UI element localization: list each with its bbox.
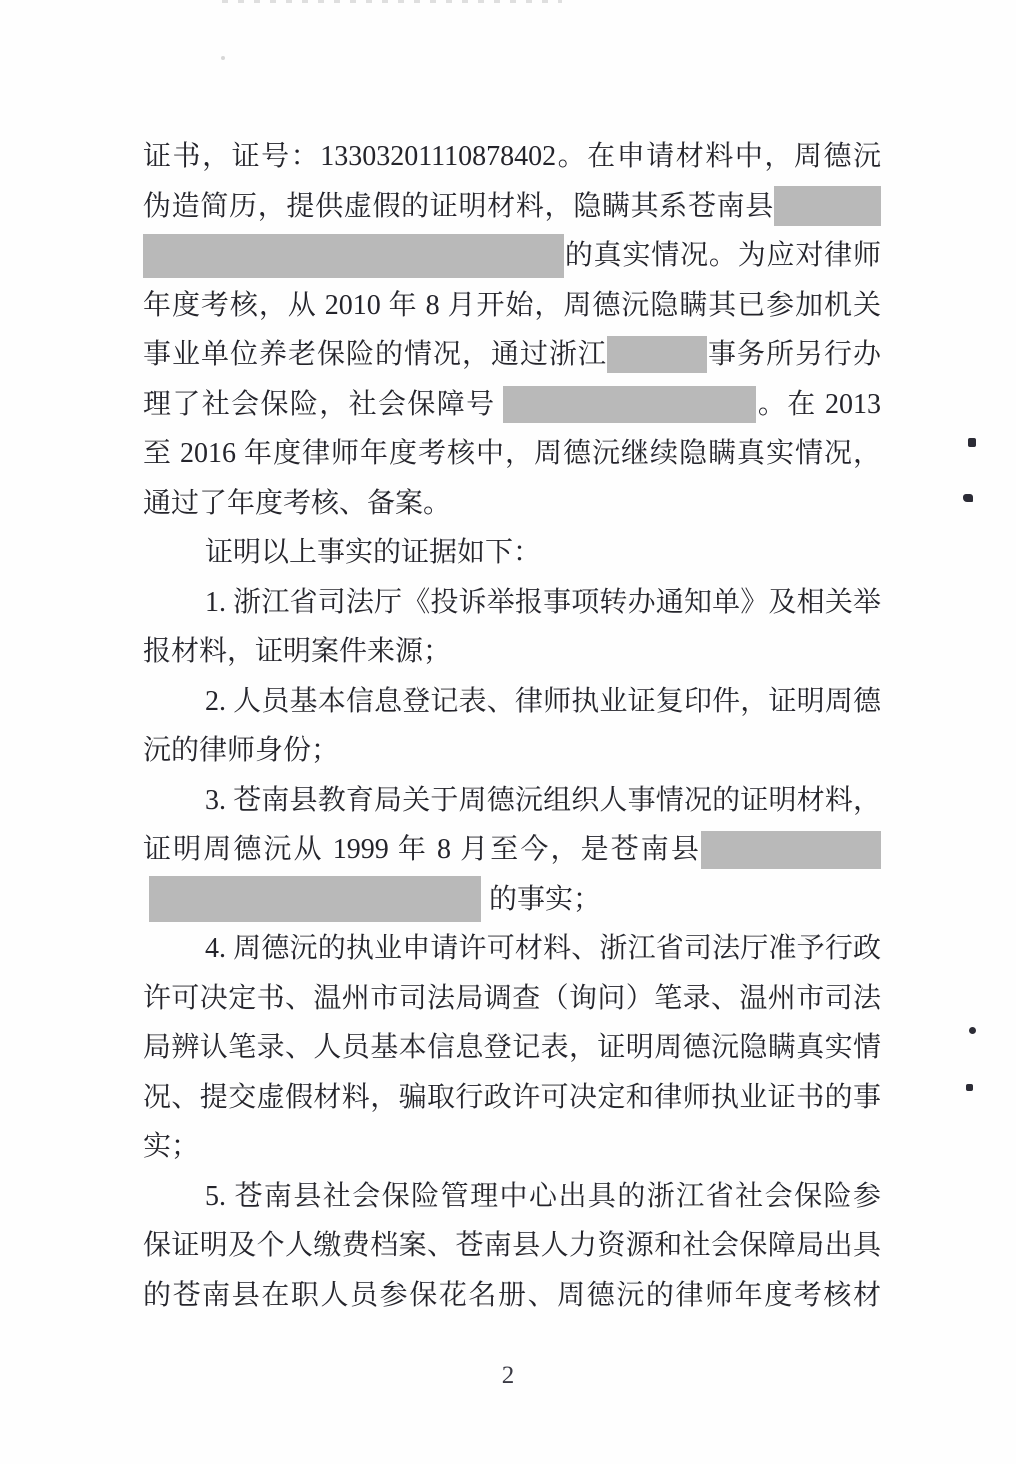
text-line: 沅的律师身份； <box>143 726 881 776</box>
line-text: 事务所另行办 <box>707 339 881 370</box>
text-line: 的苍南县在职人员参保花名册、周德沅的律师年度考核材 <box>143 1271 881 1321</box>
line-text: 证书，证号：13303201110878402。在申请材料中，周德沅 <box>143 141 881 172</box>
line-text: 局辨认笔录、人员基本信息登记表，证明周德沅隐瞒真实情 <box>143 1032 881 1063</box>
text-line: 理了社会保险，社会保障号。在 2013 <box>143 380 881 430</box>
text-line: 至 2016 年度律师年度考核中，周德沅继续隐瞒真实情况， <box>143 429 881 479</box>
line-text: 3. 苍南县教育局关于周德沅组织人事情况的证明材料， <box>205 785 881 816</box>
text-line: 年度考核，从 2010 年 8 月开始，周德沅隐瞒其已参加机关 <box>143 281 881 331</box>
line-text: 年度考核，从 2010 年 8 月开始，周德沅隐瞒其已参加机关 <box>143 290 881 321</box>
line-text: 许可决定书、温州市司法局调查（询问）笔录、温州市司法 <box>143 983 881 1014</box>
scan-artifact <box>222 0 562 3</box>
text-line: 4. 周德沅的执业申请许可材料、浙江省司法厅准予行政 <box>143 924 881 974</box>
line-text: 4. 周德沅的执业申请许可材料、浙江省司法厅准予行政 <box>205 933 881 964</box>
text-line: 5. 苍南县社会保险管理中心出具的浙江省社会保险参 <box>143 1172 881 1222</box>
redaction-box <box>774 186 881 226</box>
line-text: 伪造简历，提供虚假的证明材料，隐瞒其系苍南县 <box>143 191 774 222</box>
text-line: 3. 苍南县教育局关于周德沅组织人事情况的证明材料， <box>143 776 881 826</box>
line-text: 通过了年度考核、备案。 <box>143 488 451 519</box>
scan-artifact <box>221 56 225 60</box>
text-line: 证明以上事实的证据如下： <box>143 528 881 578</box>
line-text: 保证明及个人缴费档案、苍南县人力资源和社会保障局出具 <box>143 1230 881 1261</box>
line-text: 况、提交虚假材料，骗取行政许可决定和律师执业证书的事 <box>143 1082 881 1113</box>
scanned-document-page: 证书，证号：13303201110878402。在申请材料中，周德沅 伪造简历，… <box>0 0 1016 1464</box>
text-line: 的真实情况。为应对律师 <box>143 231 881 281</box>
text-line: 事业单位养老保险的情况，通过浙江事务所另行办 <box>143 330 881 380</box>
text-line: 通过了年度考核、备案。 <box>143 479 881 529</box>
scan-artifact <box>968 438 976 447</box>
line-text: 的苍南县在职人员参保花名册、周德沅的律师年度考核材 <box>143 1280 881 1311</box>
text-line: 2. 人员基本信息登记表、律师执业证复印件，证明周德 <box>143 677 881 727</box>
redaction-box <box>143 234 564 278</box>
text-line: 1. 浙江省司法厅《投诉举报事项转办通知单》及相关举 <box>143 578 881 628</box>
text-line: 报材料，证明案件来源； <box>143 627 881 677</box>
line-text: 事业单位养老保险的情况，通过浙江 <box>143 339 607 370</box>
line-text: 2. 人员基本信息登记表、律师执业证复印件，证明周德 <box>205 686 881 717</box>
line-text: 沅的律师身份； <box>143 735 339 766</box>
redaction-box <box>503 386 756 423</box>
scan-artifact <box>966 1084 973 1091</box>
line-text: 5. 苍南县社会保险管理中心出具的浙江省社会保险参 <box>205 1181 881 1212</box>
line-text: 的事实； <box>489 884 601 915</box>
line-text: 。在 2013 <box>756 389 881 420</box>
text-line: 况、提交虚假材料，骗取行政许可决定和律师执业证书的事 <box>143 1073 881 1123</box>
text-line: 局辨认笔录、人员基本信息登记表，证明周德沅隐瞒真实情 <box>143 1023 881 1073</box>
scan-artifact <box>969 1027 976 1034</box>
scan-artifact <box>963 494 973 502</box>
line-text: 证明周德沅从 1999 年 8 月至今，是苍南县 <box>143 834 701 865</box>
line-text: 的真实情况。为应对律师 <box>564 240 881 271</box>
redaction-box <box>607 336 707 373</box>
text-line: 证书，证号：13303201110878402。在申请材料中，周德沅 <box>143 132 881 182</box>
document-body: 证书，证号：13303201110878402。在申请材料中，周德沅 伪造简历，… <box>143 132 881 1320</box>
text-line: 许可决定书、温州市司法局调查（询问）笔录、温州市司法 <box>143 974 881 1024</box>
line-text: 至 2016 年度律师年度考核中，周德沅继续隐瞒真实情况， <box>143 438 881 469</box>
line-text: 实； <box>143 1131 199 1162</box>
redaction-box <box>701 831 881 869</box>
text-line: 的事实； <box>143 875 881 925</box>
line-text: 证明以上事实的证据如下： <box>205 537 541 568</box>
text-line: 证明周德沅从 1999 年 8 月至今，是苍南县 <box>143 825 881 875</box>
redaction-box <box>149 876 481 922</box>
text-line: 实； <box>143 1122 881 1172</box>
line-text: 1. 浙江省司法厅《投诉举报事项转办通知单》及相关举 <box>205 587 881 618</box>
text-line: 伪造简历，提供虚假的证明材料，隐瞒其系苍南县 <box>143 182 881 232</box>
line-text: 报材料，证明案件来源； <box>143 636 451 667</box>
page-number: 2 <box>0 1362 1016 1390</box>
text-line: 保证明及个人缴费档案、苍南县人力资源和社会保障局出具 <box>143 1221 881 1271</box>
line-text: 理了社会保险，社会保障号 <box>143 389 495 420</box>
